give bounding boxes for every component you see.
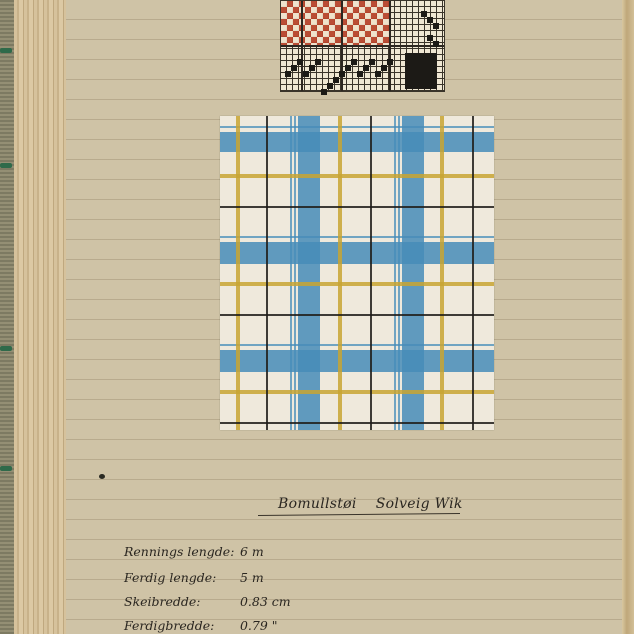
draft-mark: [291, 65, 297, 71]
blue-warp-thread: [294, 116, 296, 430]
spec-row: Skeibredde: 0.83 cm: [124, 594, 291, 609]
draft-mark: [309, 65, 315, 71]
blue-warp-band: [402, 116, 424, 430]
draft-mark: [321, 89, 327, 95]
yellow-weft-thread: [220, 174, 494, 178]
blue-warp-band: [298, 116, 320, 430]
draft-mark: [339, 71, 345, 77]
draft-mark: [285, 71, 291, 77]
spec-label: Ferdig lengde:: [124, 570, 236, 585]
spec-row: Ferdig lengde: 5 m: [124, 570, 264, 585]
draft-divider: [281, 45, 444, 47]
blue-weft-thread: [220, 126, 494, 128]
yellow-weft-thread: [220, 390, 494, 394]
draft-mark: [433, 23, 439, 29]
spec-row: Rennings lengde: 6 m: [124, 544, 264, 559]
binding-stitch: [0, 466, 12, 471]
draft-divider: [301, 1, 303, 91]
black-weft-thread: [220, 206, 494, 208]
draft-mark: [351, 59, 357, 65]
draft-mark: [357, 71, 363, 77]
spec-label: Ferdigbredde:: [124, 618, 236, 633]
black-warp-thread: [472, 116, 474, 430]
draft-block: [405, 53, 437, 89]
binding-stitch: [0, 346, 12, 351]
draft-mark: [303, 71, 309, 77]
draft-mark: [369, 59, 375, 65]
draft-mark: [297, 59, 303, 65]
draft-mark: [333, 77, 339, 83]
spec-label: Rennings lengde:: [124, 544, 236, 559]
binding-stitch: [0, 163, 12, 168]
draft-mark: [315, 59, 321, 65]
black-weft-thread: [220, 314, 494, 316]
spec-value: 0.83 cm: [240, 594, 291, 609]
black-weft-thread: [220, 422, 494, 424]
blue-weft-band: [220, 242, 494, 264]
yellow-warp-thread: [236, 116, 240, 430]
fabric-swatch: [220, 116, 494, 430]
blue-weft-thread: [220, 344, 494, 346]
spec-row: Ferdigbredde: 0.79 ": [124, 618, 278, 633]
yellow-weft-thread: [220, 282, 494, 286]
draft-mark: [345, 65, 351, 71]
black-warp-thread: [266, 116, 268, 430]
draft-divider: [341, 1, 343, 91]
blue-weft-band: [220, 132, 494, 152]
handwritten-title: Bomullstøi Solveig Wik: [278, 496, 463, 512]
blue-warp-thread: [290, 116, 292, 430]
spec-value: 5 m: [240, 570, 264, 585]
page-right-edge: [622, 0, 634, 634]
draft-mark: [381, 65, 387, 71]
binding-stitch: [0, 48, 12, 53]
draft-mark: [433, 41, 439, 47]
ink-dot: [99, 474, 105, 479]
spec-value: 6 m: [240, 544, 264, 559]
blue-warp-thread: [394, 116, 396, 430]
weaving-draft: [280, 0, 445, 92]
draft-divider: [389, 1, 391, 91]
blue-weft-thread: [220, 236, 494, 238]
weaver-name: Solveig Wik: [376, 496, 463, 512]
blue-warp-thread: [398, 116, 400, 430]
tieup-red-area: [281, 1, 389, 45]
black-warp-thread: [370, 116, 372, 430]
draft-mark: [387, 59, 393, 65]
draft-mark: [375, 71, 381, 77]
yellow-warp-thread: [338, 116, 342, 430]
draft-mark: [327, 83, 333, 89]
spec-label: Skeibredde:: [124, 594, 236, 609]
spec-value: 0.79 ": [240, 618, 278, 633]
fabric-name: Bomullstøi: [278, 496, 357, 512]
blue-weft-band: [220, 350, 494, 372]
book-spine: [0, 0, 14, 634]
draft-mark: [363, 65, 369, 71]
page-edges: [14, 0, 66, 634]
yellow-warp-thread: [440, 116, 444, 430]
